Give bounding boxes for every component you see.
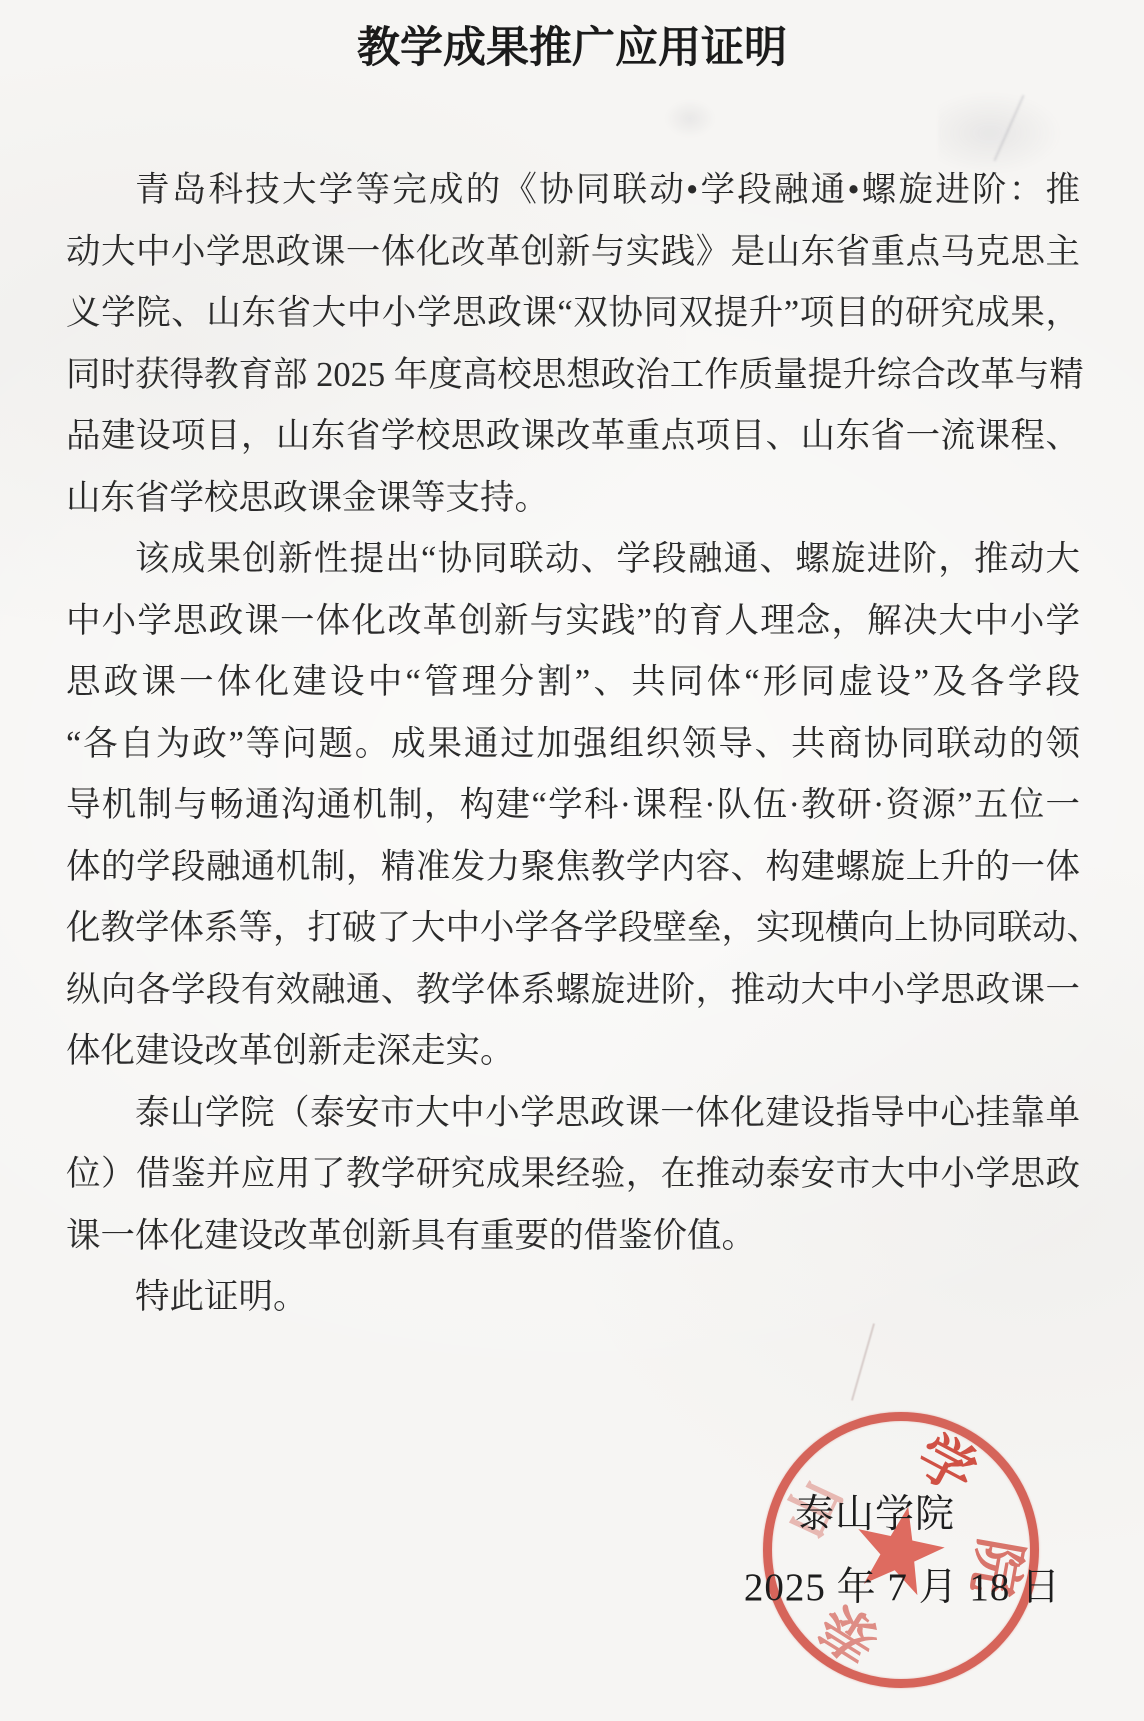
body-line: 纵向各学段有效融通、教学体系螺旋进阶，推动大中小学思政课一 — [66, 960, 1080, 1022]
body-line: 体化建设改革创新走深走实。 — [66, 1021, 1080, 1083]
body-line: 化教学体系等，打破了大中小学各学段壁垒，实现横向上协同联动、 — [66, 898, 1080, 960]
body-line: 泰山学院（泰安市大中小学思政课一体化建设指导中心挂靠单 — [66, 1083, 1080, 1145]
scan-smudge — [851, 1323, 875, 1400]
body-line: 导机制与畅通沟通机制，构建“学科·课程·队伍·教研·资源”五位一 — [66, 775, 1080, 837]
body-line: 青岛科技大学等完成的《协同联动•学段融通•螺旋进阶：推 — [66, 160, 1080, 222]
body-line: 义学院、山东省大中小学思政课“双协同双提升”项目的研究成果， — [66, 283, 1080, 345]
body-line: 山东省学校思政课金课等支持。 — [66, 468, 1080, 530]
certificate-page: 教学成果推广应用证明 青岛科技大学等完成的《协同联动•学段融通•螺旋进阶：推 动… — [0, 0, 1144, 1721]
scan-smudge — [993, 95, 1024, 162]
body-line: 思政课一体化建设中“管理分割”、共同体“形同虚设”及各学段 — [66, 652, 1080, 714]
body-line: “各自为政”等问题。成果通过加强组织领导、共商协同联动的领 — [66, 714, 1080, 776]
body-line: 该成果创新性提出“协同联动、学段融通、螺旋进阶，推动大 — [66, 529, 1080, 591]
signature-date: 2025 年 7 月 18 日 — [700, 1556, 1105, 1612]
body-line: 品建设项目，山东省学校思政课改革重点项目、山东省一流课程、 — [66, 406, 1080, 468]
body-line: 特此证明。 — [66, 1267, 1080, 1329]
body-line: 课一体化建设改革创新具有重要的借鉴价值。 — [66, 1206, 1080, 1268]
body-line: 位）借鉴并应用了教学研究成果经验，在推动泰安市大中小学思政 — [66, 1144, 1080, 1206]
body-line: 中小学思政课一体化改革创新与实践”的育人理念，解决大中小学 — [66, 591, 1080, 653]
document-body: 青岛科技大学等完成的《协同联动•学段融通•螺旋进阶：推 动大中小学思政课一体化改… — [66, 160, 1080, 1329]
body-line: 动大中小学思政课一体化改革创新与实践》是山东省重点马克思主 — [66, 222, 1080, 284]
body-line: 体的学段融通机制，精准发力聚焦教学内容、构建螺旋上升的一体 — [66, 837, 1080, 899]
page-title: 教学成果推广应用证明 — [0, 14, 1144, 75]
official-seal: 泰 山 学 院 — [763, 1412, 1039, 1688]
body-line: 同时获得教育部 2025 年度高校思想政治工作质量提升综合改革与精 — [66, 345, 1080, 407]
scan-smudge — [660, 96, 720, 141]
signature-name: 泰山学院 — [775, 1483, 975, 1539]
